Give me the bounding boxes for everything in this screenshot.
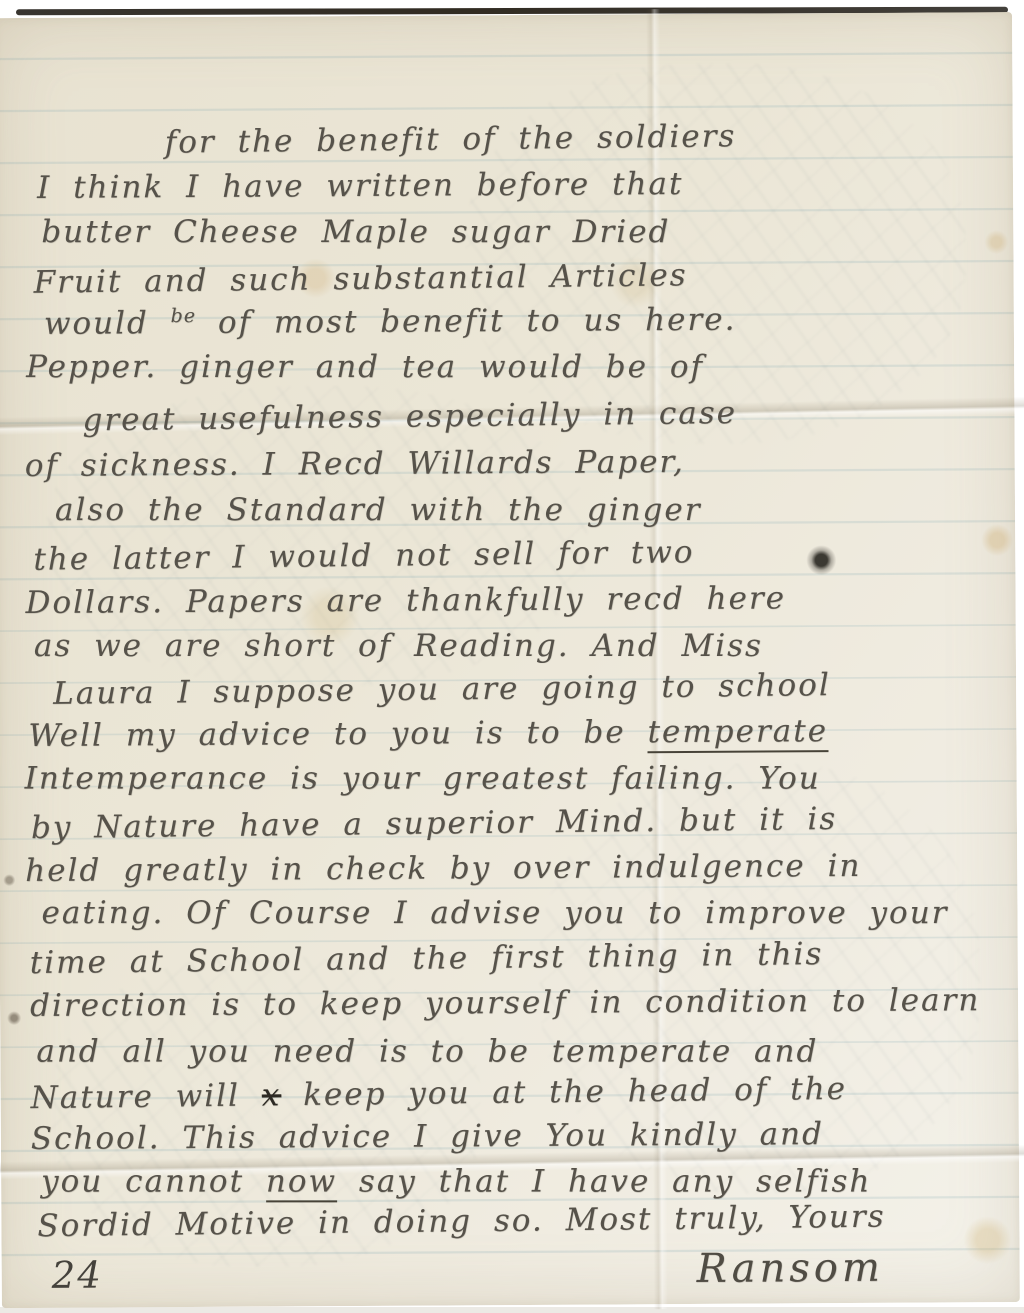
letter-line: and all you need is to be temperate and — [36, 1034, 818, 1070]
letter-line: I think I have written before that — [37, 166, 684, 206]
letter-line: Nature will x keep you at the head of th… — [30, 1071, 847, 1116]
line-text: you cannot — [41, 1163, 266, 1199]
letter-scan: for the benefit of the soldiers I think … — [0, 0, 1024, 1313]
letter-line: Sordid Motive in doing so. Most truly, Y… — [37, 1199, 886, 1245]
scan-bed-strip — [0, 1307, 1024, 1313]
letter-line: Intemperance is your greatest failing. Y… — [25, 761, 821, 797]
letter-line: eating. Of Course I advise you to improv… — [41, 895, 948, 931]
letter-line: by Nature have a superior Mind. but it i… — [31, 801, 838, 846]
letter-line: great usefulness especially in case — [82, 395, 737, 438]
letter-line: Pepper. ginger and tea would be of — [26, 349, 704, 385]
letter-line: held greatly in check by over indulgence… — [25, 848, 861, 889]
letter-line: Well my advice to you is to be temperate — [28, 713, 828, 754]
line-text: Well my advice to you is to be — [28, 714, 647, 754]
underlined-word: temperate — [647, 713, 828, 753]
letter-line: Laura I suppose you are going to school — [53, 667, 831, 712]
letter-line: the latter I would not sell for two — [33, 534, 695, 577]
line-text: keep you at the head of the — [281, 1071, 847, 1113]
letter-line: School. This advice I give You kindly an… — [31, 1116, 824, 1157]
letter-line: you cannot now say that I have any selfi… — [41, 1163, 871, 1199]
page-number: 24 — [52, 1254, 103, 1297]
letter-paper: for the benefit of the soldiers I think … — [0, 12, 1020, 1308]
letter-line: as we are short of Reading. And Miss — [34, 628, 763, 664]
underlined-word: now — [266, 1163, 337, 1202]
handwriting-layer: for the benefit of the soldiers I think … — [0, 12, 1020, 1308]
letter-line: also the Standard with the ginger — [55, 492, 702, 528]
line-text: say that I have any selfish — [337, 1163, 871, 1199]
line-text: would — [44, 305, 171, 342]
letter-line: butter Cheese Maple sugar Dried — [41, 214, 670, 250]
scratched-out-word: x — [262, 1077, 282, 1113]
letter-line: of sickness. I Recd Willards Paper, — [25, 444, 685, 484]
line-text: of most benefit to us here. — [196, 302, 737, 341]
line-text: Nature will — [30, 1078, 262, 1117]
letter-line: Fruit and such substantial Articles — [33, 257, 687, 300]
inserted-word: be — [171, 305, 197, 327]
letter-line: for the benefit of the soldiers — [165, 118, 737, 160]
letter-line: direction is to keep yourself in conditi… — [30, 982, 980, 1024]
letter-line: Dollars. Papers are thankfully recd here — [25, 580, 786, 621]
signature: Ransom — [697, 1245, 884, 1292]
letter-line: would be of most benefit to us here. — [44, 302, 737, 342]
letter-line: time at School and the first thing in th… — [30, 936, 824, 981]
